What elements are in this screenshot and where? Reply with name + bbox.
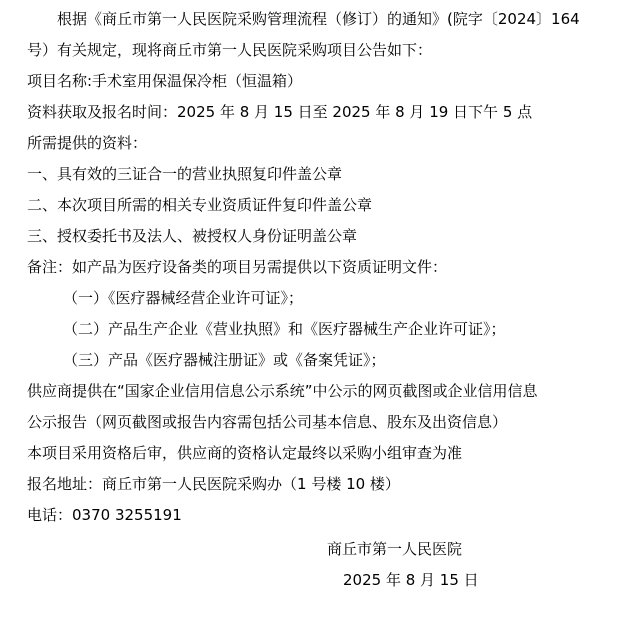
credit-info-line-1: 供应商提供在“国家企业信用信息公示系统”中公示的网页截图或企业信用信息 (27, 376, 597, 407)
announcement-body: 根据《商丘市第一人民医院采购管理流程（修订）的通知》(院字〔2024〕164 号… (27, 4, 597, 531)
qualification-review-note: 本项目采用资格后审，供应商的资格认定最终以采购小组审查为准 (27, 438, 597, 469)
remark-item-1: （一）《医疗器械经营企业许可证》； (27, 283, 597, 314)
required-item-1: 一、具有效的三证合一的营业执照复印件盖公章 (27, 159, 597, 190)
required-materials-heading: 所需提供的资料： (27, 128, 597, 159)
signature-date: 2025 年 8 月 15 日 (343, 565, 479, 596)
remark-heading: 备注：如产品为医疗设备类的项目另需提供以下资质证明文件： (27, 252, 597, 283)
remark-item-2: （二）产品生产企业《营业执照》和《医疗器械生产企业许可证》； (27, 314, 597, 345)
remark-item-3: （三）产品《医疗器械注册证》或《备案凭证》； (27, 345, 597, 376)
contact-phone: 电话：0370 3255191 (27, 500, 597, 531)
intro-paragraph-line-2: 号）有关规定，现将商丘市第一人民医院采购项目公告如下： (27, 35, 597, 66)
signature-organization: 商丘市第一人民医院 (327, 534, 462, 565)
required-item-3: 三、授权委托书及法人、被授权人身份证明盖公章 (27, 221, 597, 252)
required-item-2: 二、本次项目所需的相关专业资质证件复印件盖公章 (27, 190, 597, 221)
credit-info-line-2: 公示报告（网页截图或报告内容需包括公司基本信息、股东及出资信息） (27, 407, 597, 438)
registration-period: 资料获取及报名时间：2025 年 8 月 15 日至 2025 年 8 月 19… (27, 97, 597, 128)
registration-address: 报名地址：商丘市第一人民医院采购办（1 号楼 10 楼） (27, 469, 597, 500)
intro-paragraph-line-1: 根据《商丘市第一人民医院采购管理流程（修订）的通知》(院字〔2024〕164 (27, 4, 597, 35)
project-name: 项目名称:手术室用保温保冷柜（恒温箱） (27, 66, 597, 97)
